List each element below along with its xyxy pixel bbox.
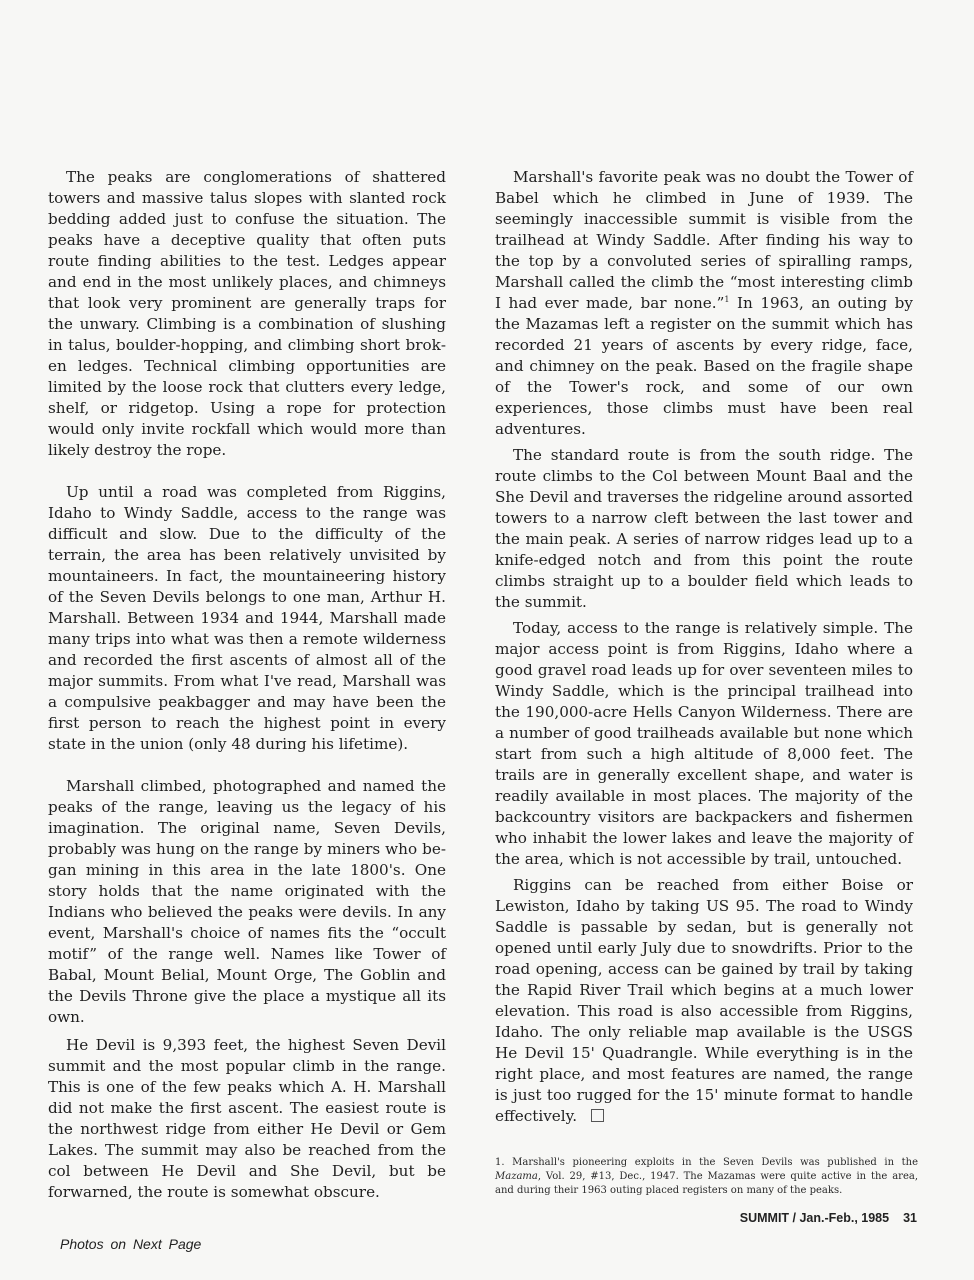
photos-note: Photos on Next Page <box>60 1236 201 1252</box>
footnote-number: 1. <box>495 1157 505 1168</box>
paragraph-peaks-description: The peaks are conglomerations of shatter… <box>48 167 446 461</box>
page-number: 31 <box>903 1211 917 1225</box>
right-column: Marshall's favorite peak was no doubt th… <box>495 167 913 1127</box>
running-footer: SUMMIT / Jan.-Feb., 1985 <box>740 1211 889 1225</box>
page-footer: SUMMIT / Jan.-Feb., 198531 <box>740 1211 917 1225</box>
paragraph-text: Riggins can be reached from either Boise… <box>495 876 913 1125</box>
end-of-article-mark <box>591 1109 604 1122</box>
footnote-text: , Vol. 29, #13, Dec., 1947. The Mazamas … <box>495 1171 918 1196</box>
footnote: 1. Marshall's pioneering exploits in the… <box>495 1156 918 1198</box>
paragraph-tower-of-babel: Marshall's favorite peak was no doubt th… <box>495 167 913 440</box>
footnote-publication: Mazama <box>495 1171 538 1182</box>
paragraph-text: In 1963, an outing by the Mazamas left a… <box>495 294 913 438</box>
left-column: The peaks are conglomerations of shatter… <box>48 167 446 1203</box>
footnote-text: Marshall's pioneering exploits in the Se… <box>505 1157 918 1168</box>
paragraph-access-history: Up until a road was completed from Riggi… <box>48 482 446 755</box>
paragraph-access-today: Today, access to the range is relatively… <box>495 618 913 870</box>
paragraph-riggins: Riggins can be reached from either Boise… <box>495 875 913 1127</box>
paragraph-text: Marshall's favorite peak was no doubt th… <box>495 168 913 312</box>
paragraph-he-devil: He Devil is 9,393 feet, the highest Seve… <box>48 1035 446 1203</box>
paragraph-naming: Marshall climbed, photographed and named… <box>48 776 446 1028</box>
paragraph-standard-route: The standard route is from the south rid… <box>495 445 913 613</box>
